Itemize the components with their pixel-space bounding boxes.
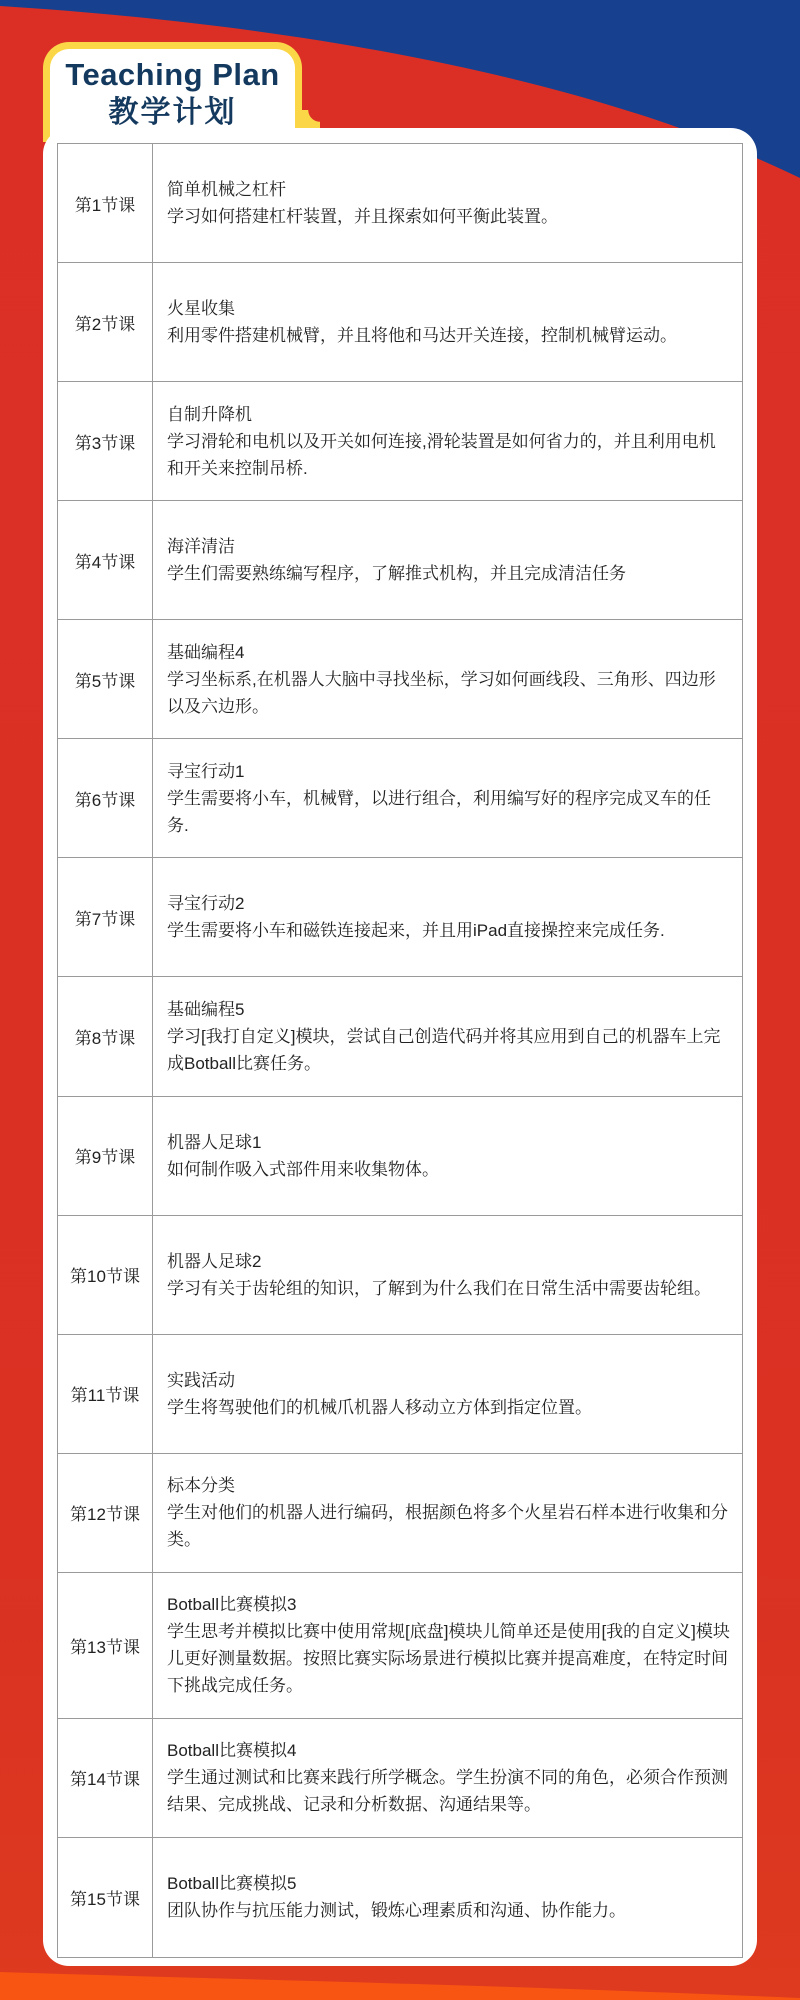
table-row: 第2节课 火星收集 利用零件搭建机械臂，并且将他和马达开关连接，控制机械臂运动。	[58, 263, 742, 382]
lesson-title: 标本分类	[167, 1472, 730, 1499]
lesson-number: 第7节课	[58, 858, 153, 976]
lesson-title: 寻宝行动1	[167, 758, 730, 785]
title-badge: Teaching Plan 教学计划	[43, 42, 302, 142]
lesson-description: 学生们需要熟练编写程序，了解推式机构，并且完成清洁任务	[167, 560, 730, 587]
lesson-number: 第8节课	[58, 977, 153, 1095]
lesson-number: 第10节课	[58, 1216, 153, 1334]
table-row: 第12节课 标本分类 学生对他们的机器人进行编码，根据颜色将多个火星岩石样本进行…	[58, 1454, 742, 1573]
lesson-content: 机器人足球1 如何制作吸入式部件用来收集物体。	[153, 1097, 742, 1215]
lesson-content: 寻宝行动2 学生需要将小车和磁铁连接起来，并且用iPad直接操控来完成任务.	[153, 858, 742, 976]
lesson-description: 团队协作与抗压能力测试，锻炼心理素质和沟通、协作能力。	[167, 1897, 730, 1924]
lesson-content: 实践活动 学生将驾驶他们的机械爪机器人移动立方体到指定位置。	[153, 1335, 742, 1453]
schedule-table: 第1节课 简单机械之杠杆 学习如何搭建杠杆装置，并且探索如何平衡此装置。 第2节…	[57, 143, 743, 1958]
lesson-content: 自制升降机 学习滑轮和电机以及开关如何连接,滑轮装置是如何省力的，并且利用电机和…	[153, 382, 742, 500]
lesson-number: 第1节课	[58, 144, 153, 262]
schedule-card: 第1节课 简单机械之杠杆 学习如何搭建杠杆装置，并且探索如何平衡此装置。 第2节…	[43, 128, 757, 1966]
lesson-description: 学生对他们的机器人进行编码，根据颜色将多个火星岩石样本进行收集和分类。	[167, 1499, 730, 1553]
lesson-number: 第3节课	[58, 382, 153, 500]
lesson-number: 第15节课	[58, 1838, 153, 1957]
lesson-content: 简单机械之杠杆 学习如何搭建杠杆装置，并且探索如何平衡此装置。	[153, 144, 742, 262]
table-row: 第1节课 简单机械之杠杆 学习如何搭建杠杆装置，并且探索如何平衡此装置。	[58, 144, 742, 263]
lesson-number: 第13节课	[58, 1573, 153, 1718]
page-title-english: Teaching Plan	[65, 56, 279, 94]
table-row: 第5节课 基础编程4 学习坐标系,在机器人大脑中寻找坐标，学习如何画线段、三角形…	[58, 620, 742, 739]
lesson-number: 第9节课	[58, 1097, 153, 1215]
lesson-title: Botball比赛模拟4	[167, 1737, 730, 1764]
lesson-content: 标本分类 学生对他们的机器人进行编码，根据颜色将多个火星岩石样本进行收集和分类。	[153, 1454, 742, 1572]
lesson-number: 第14节课	[58, 1719, 153, 1837]
lesson-number: 第2节课	[58, 263, 153, 381]
badge-corner-flare	[302, 110, 320, 128]
lesson-content: 寻宝行动1 学生需要将小车，机械臂，以进行组合，利用编写好的程序完成叉车的任务.	[153, 739, 742, 857]
lesson-content: 海洋清洁 学生们需要熟练编写程序，了解推式机构，并且完成清洁任务	[153, 501, 742, 619]
lesson-title: 简单机械之杠杆	[167, 176, 730, 203]
page-title-chinese: 教学计划	[109, 94, 237, 132]
table-row: 第6节课 寻宝行动1 学生需要将小车，机械臂，以进行组合，利用编写好的程序完成叉…	[58, 739, 742, 858]
lesson-title: 实践活动	[167, 1367, 730, 1394]
table-row: 第10节课 机器人足球2 学习有关于齿轮组的知识，了解到为什么我们在日常生活中需…	[58, 1216, 742, 1335]
lesson-description: 学生思考并模拟比赛中使用常规[底盘]模块儿简单还是使用[我的自定义]模块儿更好测…	[167, 1618, 730, 1699]
lesson-description: 学生需要将小车，机械臂，以进行组合，利用编写好的程序完成叉车的任务.	[167, 785, 730, 839]
lesson-description: 如何制作吸入式部件用来收集物体。	[167, 1156, 730, 1183]
lesson-content: Botball比赛模拟3 学生思考并模拟比赛中使用常规[底盘]模块儿简单还是使用…	[153, 1573, 742, 1718]
table-row: 第7节课 寻宝行动2 学生需要将小车和磁铁连接起来，并且用iPad直接操控来完成…	[58, 858, 742, 977]
table-row: 第14节课 Botball比赛模拟4 学生通过测试和比赛来践行所学概念。学生扮演…	[58, 1719, 742, 1838]
lesson-number: 第6节课	[58, 739, 153, 857]
lesson-description: 学习滑轮和电机以及开关如何连接,滑轮装置是如何省力的，并且利用电机和开关来控制吊…	[167, 428, 730, 482]
lesson-number: 第4节课	[58, 501, 153, 619]
lesson-description: 学习有关于齿轮组的知识，了解到为什么我们在日常生活中需要齿轮组。	[167, 1275, 730, 1302]
lesson-description: 学习坐标系,在机器人大脑中寻找坐标，学习如何画线段、三角形、四边形以及六边形。	[167, 666, 730, 720]
table-row: 第13节课 Botball比赛模拟3 学生思考并模拟比赛中使用常规[底盘]模块儿…	[58, 1573, 742, 1719]
lesson-description: 学生通过测试和比赛来践行所学概念。学生扮演不同的角色，必须合作预测结果、完成挑战…	[167, 1764, 730, 1818]
lesson-description: 利用零件搭建机械臂，并且将他和马达开关连接，控制机械臂运动。	[167, 322, 730, 349]
teaching-plan-page: { "header": { "title_en": "Teaching Plan…	[0, 0, 800, 2000]
lesson-title: 火星收集	[167, 295, 730, 322]
lesson-title: Botball比赛模拟3	[167, 1591, 730, 1618]
lesson-content: 机器人足球2 学习有关于齿轮组的知识，了解到为什么我们在日常生活中需要齿轮组。	[153, 1216, 742, 1334]
lesson-title: 基础编程5	[167, 996, 730, 1023]
lesson-content: 火星收集 利用零件搭建机械臂，并且将他和马达开关连接，控制机械臂运动。	[153, 263, 742, 381]
table-row: 第3节课 自制升降机 学习滑轮和电机以及开关如何连接,滑轮装置是如何省力的，并且…	[58, 382, 742, 501]
lesson-number: 第5节课	[58, 620, 153, 738]
table-row: 第8节课 基础编程5 学习[我打自定义]模块，尝试自己创造代码并将其应用到自己的…	[58, 977, 742, 1096]
lesson-title: Botball比赛模拟5	[167, 1870, 730, 1897]
lesson-title: 机器人足球2	[167, 1248, 730, 1275]
lesson-title: 寻宝行动2	[167, 890, 730, 917]
lesson-title: 基础编程4	[167, 639, 730, 666]
lesson-title: 海洋清洁	[167, 533, 730, 560]
lesson-title: 自制升降机	[167, 401, 730, 428]
table-row: 第9节课 机器人足球1 如何制作吸入式部件用来收集物体。	[58, 1097, 742, 1216]
table-row: 第4节课 海洋清洁 学生们需要熟练编写程序，了解推式机构，并且完成清洁任务	[58, 501, 742, 620]
lesson-content: Botball比赛模拟4 学生通过测试和比赛来践行所学概念。学生扮演不同的角色，…	[153, 1719, 742, 1837]
lesson-content: 基础编程5 学习[我打自定义]模块，尝试自己创造代码并将其应用到自己的机器车上完…	[153, 977, 742, 1095]
lesson-description: 学生需要将小车和磁铁连接起来，并且用iPad直接操控来完成任务.	[167, 917, 730, 944]
lesson-content: Botball比赛模拟5 团队协作与抗压能力测试，锻炼心理素质和沟通、协作能力。	[153, 1838, 742, 1957]
table-row: 第11节课 实践活动 学生将驾驶他们的机械爪机器人移动立方体到指定位置。	[58, 1335, 742, 1454]
lesson-number: 第11节课	[58, 1335, 153, 1453]
lesson-content: 基础编程4 学习坐标系,在机器人大脑中寻找坐标，学习如何画线段、三角形、四边形以…	[153, 620, 742, 738]
lesson-description: 学习[我打自定义]模块，尝试自己创造代码并将其应用到自己的机器车上完成Botba…	[167, 1023, 730, 1077]
lesson-title: 机器人足球1	[167, 1129, 730, 1156]
lesson-description: 学习如何搭建杠杆装置，并且探索如何平衡此装置。	[167, 203, 730, 230]
lesson-number: 第12节课	[58, 1454, 153, 1572]
lesson-description: 学生将驾驶他们的机械爪机器人移动立方体到指定位置。	[167, 1394, 730, 1421]
table-row: 第15节课 Botball比赛模拟5 团队协作与抗压能力测试，锻炼心理素质和沟通…	[58, 1838, 742, 1957]
